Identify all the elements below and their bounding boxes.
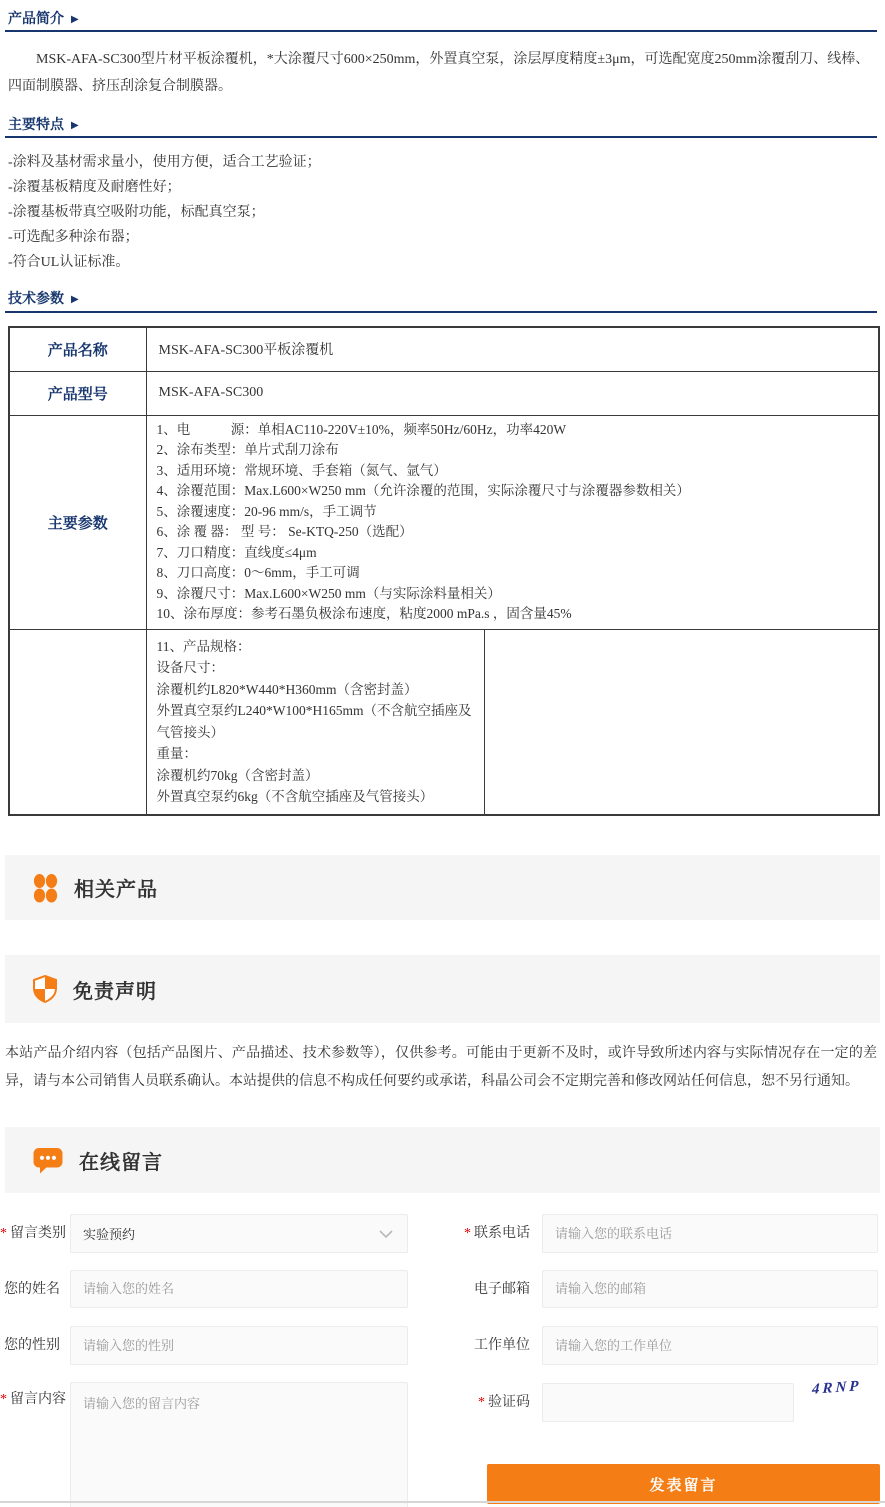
spec-line: 外置真空泵约L240*W100*H165mm（不含航空插座及 [157, 700, 474, 722]
email-input[interactable] [542, 1270, 878, 1308]
table-row: 11、产品规格： 设备尺寸： 涂覆机约L820*W440*H360mm（含密封盖… [9, 629, 879, 815]
spec-model-value: MSK-AFA-SC300 [146, 371, 879, 415]
divider [5, 30, 877, 32]
features-list: -涂料及基材需求量小，使用方便，适合工艺验证； -涂覆基板精度及耐磨性好； -涂… [8, 150, 877, 275]
param-line: 5、涂覆速度：20-96 mm/s，手工调节 [157, 502, 869, 523]
spec-params-cell: 1、电 源：单相AC110-220V±10%，频率50Hz/60Hz，功率420… [146, 415, 879, 629]
spec-name-label: 产品名称 [9, 327, 146, 371]
spec-line: 设备尺寸： [157, 657, 474, 679]
gender-input[interactable] [70, 1326, 408, 1365]
spec-line: 11、产品规格： [157, 636, 474, 658]
param-line: 9、涂覆尺寸：Max.L600×W250 mm（与实际涂料量相关） [157, 584, 869, 605]
name-label: 您的姓名 [0, 1270, 60, 1309]
intro-paragraph: MSK-AFA-SC300型片材平板涂覆机，*大涂覆尺寸600×250mm，外置… [8, 46, 877, 100]
chevron-down-icon [379, 1226, 393, 1242]
name-input[interactable] [70, 1270, 408, 1308]
clover-icon [33, 873, 58, 903]
required-mark: * [0, 1392, 7, 1407]
table-row: 产品型号 MSK-AFA-SC300 [9, 371, 879, 415]
required-mark: * [0, 1226, 7, 1241]
spec-line: 外置真空泵约6kg（不含航空插座及气管接头） [157, 786, 474, 808]
phone-label: *联系电话 [440, 1214, 530, 1253]
empty-cell [9, 629, 146, 815]
spec-line: 重量： [157, 743, 474, 765]
category-select[interactable]: 实验预约 [70, 1214, 408, 1253]
feature-item: -涂覆基板带真空吸附功能，标配真空泵； [8, 200, 877, 225]
section-title-tech-text: 技术参数 [8, 290, 64, 306]
company-label: 工作单位 [440, 1326, 530, 1365]
related-products-banner: 相关产品 [5, 855, 880, 920]
company-input[interactable] [542, 1326, 878, 1365]
param-line: 7、刀口精度：直线度≤4μm [157, 543, 869, 564]
param-line: 1、电 源：单相AC110-220V±10%，频率50Hz/60Hz，功率420… [157, 420, 869, 441]
spec-name-value: MSK-AFA-SC300平板涂覆机 [146, 327, 879, 371]
footer-divider [0, 1501, 885, 1503]
spec-line: 气管接头） [157, 722, 474, 744]
online-message-title: 在线留言 [79, 1146, 163, 1175]
content-label: *留言内容 [0, 1382, 63, 1410]
spec-model-label: 产品型号 [9, 371, 146, 415]
feature-item: -涂料及基材需求量小，使用方便，适合工艺验证； [8, 150, 877, 175]
captcha-label: *验证码 [440, 1383, 530, 1422]
spec-table: 产品名称 MSK-AFA-SC300平板涂覆机 产品型号 MSK-AFA-SC3… [8, 326, 880, 816]
message-textarea[interactable] [70, 1382, 408, 1507]
section-title-intro-text: 产品简介 [8, 10, 64, 26]
gender-label: 您的性别 [0, 1326, 60, 1365]
feature-item: -涂覆基板精度及耐磨性好； [8, 175, 877, 200]
category-label: *留言类别 [0, 1214, 60, 1253]
param-line: 4、涂覆范围：Max.L600×W250 mm（允许涂覆的范围，实际涂覆尺寸与涂… [157, 481, 869, 502]
param-line: 3、适用环境：常规环境、手套箱（氮气、氩气） [157, 461, 869, 482]
related-products-title: 相关产品 [74, 873, 158, 902]
disclaimer-text: 本站产品介绍内容（包括产品图片、产品描述、技术参数等），仅供参考。可能由于更新不… [5, 1040, 877, 1096]
param-line: 10、涂布厚度：参考石墨负极涂布速度，粘度2000 mPa.s ，固含量45% [157, 604, 869, 625]
feature-item: -可选配多种涂布器； [8, 225, 877, 250]
spec-size-cell: 11、产品规格： 设备尺寸： 涂覆机约L820*W440*H360mm（含密封盖… [146, 629, 484, 815]
arrow-right-icon: ▶ [71, 294, 79, 305]
param-line: 6、涂 覆 器： 型 号： Se-KTQ-250（选配） [157, 522, 869, 543]
spec-line: 涂覆机约70kg（含密封盖） [157, 765, 474, 787]
captcha-input[interactable] [542, 1383, 794, 1422]
disclaimer-banner: 免责声明 [5, 955, 880, 1023]
message-form: *留言类别 实验预约 *联系电话 您的姓名 电子邮箱 您的性别 工作单位 *留言… [0, 1200, 885, 1507]
required-mark: * [464, 1226, 471, 1241]
required-mark: * [478, 1395, 485, 1410]
chat-icon [33, 1147, 63, 1174]
section-title-features-text: 主要特点 [8, 116, 64, 132]
table-row: 主要参数 1、电 源：单相AC110-220V±10%，频率50Hz/60Hz，… [9, 415, 879, 629]
shield-icon [33, 975, 57, 1003]
arrow-right-icon: ▶ [71, 14, 79, 25]
online-message-banner: 在线留言 [5, 1127, 880, 1193]
section-title-features: 主要特点▶ [8, 114, 79, 134]
divider [5, 136, 877, 138]
section-title-tech: 技术参数▶ [8, 288, 79, 308]
table-row: 产品名称 MSK-AFA-SC300平板涂覆机 [9, 327, 879, 371]
arrow-right-icon: ▶ [71, 120, 79, 131]
phone-input[interactable] [542, 1214, 878, 1253]
email-label: 电子邮箱 [440, 1270, 530, 1309]
param-line: 8、刀口高度：0～6mm，手工可调 [157, 563, 869, 584]
param-line: 2、涂布类型：单片式刮刀涂布 [157, 440, 869, 461]
spec-line: 涂覆机约L820*W440*H360mm（含密封盖） [157, 679, 474, 701]
disclaimer-title: 免责声明 [73, 975, 157, 1004]
submit-button[interactable]: 发表留言 [487, 1464, 880, 1504]
divider [5, 311, 877, 313]
feature-item: -符合UL认证标准。 [8, 250, 877, 275]
empty-cell [484, 629, 879, 815]
section-title-intro: 产品简介▶ [8, 8, 79, 28]
spec-params-label: 主要参数 [9, 415, 146, 629]
captcha-image[interactable]: 4RNP [812, 1378, 862, 1399]
category-select-value: 实验预约 [83, 1224, 135, 1243]
